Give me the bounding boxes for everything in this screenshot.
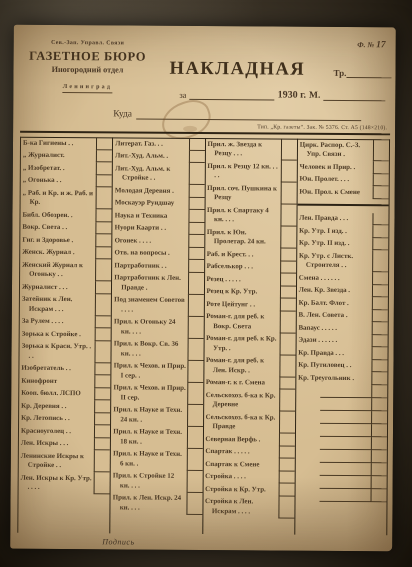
publication-name: Кр. Летопись . .	[19, 412, 94, 425]
tally-cell	[280, 299, 296, 312]
org-department: Сев.-Зап. Управл. Связи	[28, 40, 148, 48]
table-row: Цирк. Распор. С.-З. Упр. Связи .	[298, 139, 389, 162]
publication-name: Кр. Утр. I изд. .	[297, 225, 372, 238]
publication-name: „ Изобретат. .	[21, 162, 96, 175]
table-row: Роман-г. для реб. к Кр. Утр. .	[204, 333, 295, 356]
blank-line	[320, 423, 371, 436]
tally-cell	[280, 261, 296, 274]
publication-name: Прил. к Спартаку 4 кн. . . .	[205, 204, 280, 227]
publication-name: Затейник к Лен. Искрам . . .	[20, 293, 95, 316]
table-row: Кр. Балт. Флот .	[297, 297, 388, 310]
table-column: Цирк. Распор. С.-З. Упр. Связи .Человек …	[295, 139, 390, 536]
tr-blank-line	[346, 68, 391, 78]
publication-name: Человек и Прир. .	[298, 161, 373, 174]
tally-cell	[96, 187, 112, 209]
publication-name: Вапаус . . . . .	[296, 322, 371, 335]
publication-name: Лен. Искры . . .	[19, 437, 94, 450]
tally-cell	[278, 484, 294, 497]
tally-cell	[371, 360, 387, 373]
table-row: Кр. Утр. I изд. .	[297, 225, 388, 238]
m-label: М.	[309, 91, 320, 101]
tally-cell	[372, 347, 388, 360]
table-row: Стройка к Лен. Искрам . . . .	[203, 496, 294, 519]
publication-name: Зорька к Красн. Утр. . . .	[19, 340, 94, 363]
publication-name: Кооп. бюлл. ЛСПО	[19, 387, 94, 400]
table-row: Прил. к Огоньку 24 кн. . . .	[112, 316, 203, 339]
tally-cell	[280, 274, 296, 287]
table-row: Кооп. бюлл. ЛСПО	[19, 387, 110, 400]
document-paper: Сев.-Зап. Управл. Связи ГАЗЕТНОЕ БЮРО Ин…	[10, 25, 396, 552]
table-row: Ленинские Искры к Стройке . .	[19, 450, 110, 473]
table-row: За Рулем . . . .	[20, 315, 111, 328]
tally-cell	[371, 463, 387, 476]
table-row: Зорька к Стройке .	[20, 328, 111, 341]
tally-cell	[96, 175, 112, 188]
table-row: Вокр. Света . .	[20, 221, 111, 234]
tally-cell	[371, 489, 387, 502]
table-row: Огонек . . . .	[113, 234, 204, 247]
blank-line	[320, 436, 371, 449]
m-blank-line	[323, 91, 385, 101]
tally-cell	[279, 311, 295, 333]
tally-cell	[188, 260, 204, 273]
tally-cell	[371, 372, 387, 385]
tally-cell	[95, 281, 111, 294]
publication-name: Цирк. Распор. С.-З. Упр. Связи .	[298, 139, 373, 162]
tally-cell	[188, 222, 204, 235]
table-row: Нуори Каарти . .	[113, 222, 204, 235]
table-row: „ Журналист.	[21, 149, 112, 162]
printing-house-info: Тип. „Кр. газеты“. Зак. № 5376. Ст. А5 (…	[257, 124, 387, 131]
table-row: Спартак к Смене	[203, 458, 294, 471]
blank-row	[296, 410, 387, 424]
publication-name: Огонек . . . .	[113, 234, 188, 247]
tally-cell	[371, 476, 387, 489]
tally-cell	[187, 404, 203, 426]
blank-row	[296, 384, 387, 398]
tally-cell	[94, 400, 110, 413]
blank-line	[319, 488, 370, 501]
publication-name: Прил. к Чехов. и Прир. II сер.	[111, 382, 186, 405]
publication-name: Ленинские Искры к Стройке . .	[19, 450, 94, 473]
tally-cell	[280, 161, 296, 183]
table-row: Кр. Правда . . .	[296, 347, 387, 360]
publication-name: Кр. Деревня . .	[19, 400, 94, 413]
publication-name: Кр. Треугольник .	[296, 372, 371, 385]
publication-name: Библ. Обозрен. .	[20, 209, 95, 222]
table-row: Лит.-Худ. Альм. к Стройке . .	[113, 162, 204, 185]
table-column: Литерат. Газ. . .Лит.-Худ. Альм. .Лит.-Х…	[111, 137, 206, 534]
tally-cell	[95, 375, 111, 388]
publications-table: Б-ка Гигиены . .„ Журналист.„ Изобретат.…	[17, 137, 390, 536]
table-row: Сельскохоз. б-ка к Кр. Правде	[203, 411, 294, 434]
publication-name: В. Лен. Совета .	[297, 309, 372, 322]
table-column: Прил. ж. Звезда к Резцу . . .Прил. к Рез…	[203, 138, 298, 535]
table-row: Зорька к Красн. Утр. . . .	[19, 340, 110, 363]
table-row: Прил. к Чехов. и Прир. I сер. .	[112, 360, 203, 383]
publication-name: Прил. к Науке и Техн. 18 кн. .	[111, 426, 186, 449]
table-row: Библ. Обозрен. .	[20, 209, 111, 222]
tally-cell	[372, 297, 388, 310]
blank-row	[295, 475, 386, 489]
publication-name: За Рулем . . . .	[20, 315, 95, 328]
publication-name: Прил. к Стройке 12 кн. . . .	[111, 470, 186, 493]
table-row: Женск. Журнал .	[20, 246, 111, 259]
table-row: Человек и Прир. .	[298, 161, 389, 174]
table-row: Прил. к Спартаку 4 кн. . . .	[205, 204, 296, 227]
blank-row	[296, 449, 387, 463]
tally-cell	[188, 150, 204, 163]
tally-cell	[95, 316, 111, 329]
tally-cell	[373, 139, 389, 161]
blank-row	[295, 462, 386, 476]
tally-cell	[94, 413, 110, 426]
table-row: Кр. Деревня . .	[19, 400, 110, 413]
table-row: Прил. к Науке и Техн. 24 кн. .	[111, 404, 202, 427]
table-row: Кр. Утр. II изд. .	[297, 237, 388, 250]
table-row: Прил. к Чехов. и Прир. II сер.	[111, 382, 202, 405]
publication-name: Лен. Правда . . .	[297, 212, 372, 225]
publication-name: Гиг. и Здоровье .	[20, 234, 95, 247]
table-row: Красноуголец . .	[19, 425, 110, 438]
table-row: Затейник к Лен. Искрам . . .	[20, 293, 111, 316]
publication-name: Лит.-Худ. Альм. к Стройке . .	[113, 162, 188, 185]
table-row: Литерат. Газ. . .	[113, 137, 204, 150]
tally-cell	[95, 294, 111, 316]
publication-name: Партработник к Лен. Правде .	[112, 272, 187, 295]
tally-cell	[372, 322, 388, 335]
table-row: Прил. к Лен. Искр. 24 кн. . . .	[111, 492, 202, 515]
publication-name: Лен. Кр. Звезда .	[297, 284, 372, 297]
publication-name: Резец . . . . .	[205, 273, 280, 286]
publication-name: Роман-г. для реб. к Вокр. Света	[204, 311, 279, 334]
tally-cell	[188, 210, 204, 223]
table-row: Роман-г. для реб. к Вокр. Света	[204, 311, 295, 334]
publication-name: Лит.-Худ. Альм. .	[113, 150, 188, 163]
publication-name: Б-ка Гигиены . .	[21, 137, 96, 150]
tally-cell	[94, 388, 110, 401]
tally-cell	[280, 205, 296, 227]
tally-cell	[373, 186, 389, 199]
tally-cell	[280, 286, 296, 299]
form-number-value: 17	[376, 40, 386, 50]
publication-name: Под знаменем Советов . . . .	[112, 294, 187, 317]
tally-cell	[94, 450, 110, 472]
publication-name: „ Огонька . .	[21, 174, 96, 187]
table-row: Роман-г. для реб. к Лен. Искр. .	[204, 355, 295, 378]
tally-cell	[95, 247, 111, 260]
tally-cell	[279, 390, 295, 412]
table-row: Молодая Деревня .	[113, 184, 204, 197]
publication-name: Стройка . . . .	[203, 471, 278, 484]
publication-name: Прил. к Науке и Техн. 24 кн. .	[111, 404, 186, 427]
table-row: Партработник . .	[112, 259, 203, 272]
publication-name: Раб. и Крест. . .	[205, 248, 280, 261]
publication-name: Кр. Утр. II изд. .	[297, 237, 372, 250]
table-row: Гиг. и Здоровье .	[20, 234, 111, 247]
tally-cell	[279, 377, 295, 390]
table-row: „ Огонька . .	[21, 174, 112, 187]
tally-cell	[186, 426, 202, 448]
publication-name: Резец к Кр. Утр.	[204, 286, 279, 299]
table-row: Прил. к Науке и Техн. 6 кн. .	[111, 448, 202, 471]
blank-line	[319, 475, 370, 488]
tally-cell	[372, 213, 388, 226]
section-divider	[297, 203, 388, 208]
table-row: Стройка к Кр. Утр.	[203, 483, 294, 496]
tally-cell	[188, 138, 204, 151]
table-row: Женский Журнал к Огоньку . .	[20, 259, 111, 282]
publication-name: Роман-г. для реб. к Лен. Искр. .	[204, 355, 279, 378]
tally-cell	[372, 225, 388, 238]
tally-cell	[187, 382, 203, 404]
tally-cell	[188, 235, 204, 248]
table-row: Москауэр Рундшау	[113, 197, 204, 210]
table-row: Раб. и Крест. . .	[205, 248, 296, 261]
date-field: за 1930 г. М.	[179, 89, 385, 101]
publication-name: Кр. Балт. Флот .	[297, 297, 372, 310]
publication-name: Прил. ж. Звезда к Резцу . . .	[205, 138, 280, 161]
tally-cell	[188, 163, 204, 185]
tally-cell	[373, 174, 389, 187]
publication-name: Прил. к Лен. Искр. 24 кн. . . .	[111, 492, 186, 515]
publication-name: Молодая Деревня .	[113, 184, 188, 197]
form-number: Ф. № 17	[357, 40, 385, 50]
table-row: Отв. на вопросы .	[112, 247, 203, 260]
org-block: Сев.-Зап. Управл. Связи ГАЗЕТНОЕ БЮРО Ин…	[27, 40, 147, 94]
publication-name: Сельскохоз. б-ка к Кр. Деревне	[204, 389, 279, 412]
tally-cell	[371, 385, 387, 398]
za-label: за	[179, 90, 186, 100]
publication-name: Кинофронт	[19, 375, 94, 388]
tally-cell	[372, 250, 388, 272]
tally-cell	[371, 437, 387, 450]
tally-cell	[186, 492, 202, 514]
publication-name: Прил. к Науке и Техн. 6 кн. .	[111, 448, 186, 471]
table-row: Роман-г. к г. Смена	[204, 377, 295, 390]
tally-cell	[187, 316, 203, 338]
tally-cell	[95, 363, 111, 376]
table-row: Смена . . . . . .	[297, 272, 388, 285]
tally-cell	[94, 438, 110, 451]
form-number-label: Ф. №	[357, 40, 374, 49]
publication-name: Кр. Правда . . .	[296, 347, 371, 360]
table-row: Кр. Утр. с Листк. Строителя . .	[297, 250, 388, 273]
tally-cell	[371, 424, 387, 437]
publication-name: Женский Журнал к Огоньку . .	[20, 259, 95, 282]
tally-cell	[372, 238, 388, 251]
tally-cell	[280, 183, 296, 205]
table-row: Лит.-Худ. Альм. .	[113, 150, 204, 163]
table-row: Прил. к Вокр. Св. 36 кн. . . .	[112, 338, 203, 361]
blank-line	[320, 397, 371, 410]
tally-cell	[95, 328, 111, 341]
table-row: Резец . . . . .	[205, 273, 296, 286]
tally-cell	[96, 162, 112, 175]
publication-name: Роте Цейтунг . .	[204, 298, 279, 311]
tally-cell	[280, 249, 296, 262]
table-row: Северная Верфь .	[203, 433, 294, 446]
tally-cell	[372, 335, 388, 348]
publication-name: Вокр. Света . .	[20, 221, 95, 234]
table-row: Партработник к Лен. Правде .	[112, 272, 203, 295]
table-row: Резец к Кр. Утр.	[204, 286, 295, 299]
blank-line	[320, 410, 371, 423]
publication-name: Рабселькор . . .	[205, 261, 280, 274]
publication-name: Наука и Техника	[113, 209, 188, 222]
table-row: Стройка . . . .	[203, 471, 294, 484]
tally-cell	[279, 412, 295, 434]
publication-name: Литерат. Газ. . .	[113, 137, 188, 150]
table-row: Прил. к Юн. Пролетар. 24 кн.	[205, 226, 296, 249]
publication-name: Северная Верфь .	[203, 433, 278, 446]
publication-name: Спартак . . . . .	[203, 446, 278, 459]
publication-name: Отв. на вопросы .	[112, 247, 187, 260]
publication-name: Прил. соч. Пушкина к Резцу	[205, 182, 280, 205]
table-row: „ Изобретат. .	[21, 162, 112, 175]
publication-name: Женск. Журнал .	[20, 246, 95, 259]
publication-name: Зорька к Стройке .	[20, 328, 95, 341]
table-row: Кр. Треугольник .	[296, 372, 387, 385]
publication-name: „ Журналист.	[21, 149, 96, 162]
blank-line	[320, 449, 371, 462]
table-row: Кр. Путиловец . .	[296, 359, 387, 372]
tally-cell	[278, 471, 294, 484]
publication-name: Прил. к Огоньку 24 кн. . . .	[112, 316, 187, 339]
table-row: Юн. Пролет. . . .	[297, 173, 388, 186]
tally-cell	[187, 360, 203, 382]
tally-cell	[279, 333, 295, 355]
tally-cell	[281, 139, 297, 161]
publication-name: Стройка к Кр. Утр.	[203, 483, 278, 496]
table-row: Прил. соч. Пушкина к Резцу	[205, 182, 296, 205]
tally-cell	[278, 496, 294, 518]
publication-name: Юн. Прол. к Смене	[297, 186, 372, 199]
table-row: Прил. к Стройке 12 кн. . . .	[111, 470, 202, 493]
table-row: Под знаменем Советов . . . .	[112, 294, 203, 317]
publication-name: Прил. к Резцу 12 кн. . . . .	[205, 160, 280, 183]
tally-cell	[96, 137, 112, 150]
date-blank-line	[189, 90, 274, 101]
tally-cell	[186, 470, 202, 492]
publication-name: Партработник . .	[112, 259, 187, 272]
signature-label: Подпись	[102, 537, 134, 546]
publication-name: Кр. Путиловец . .	[296, 359, 371, 372]
tally-cell	[188, 197, 204, 210]
blank-row	[296, 397, 387, 411]
table-row: Юн. Прол. к Смене	[297, 186, 388, 199]
blank-line	[319, 462, 370, 475]
publication-name: Красноуголец . .	[19, 425, 94, 438]
tally-cell	[372, 272, 388, 285]
document-title: НАКЛАДНАЯ	[169, 59, 305, 80]
table-row: Эдази . . . . . .	[296, 334, 387, 347]
tally-cell	[94, 425, 110, 438]
table-column: Б-ка Гигиены . .„ Журналист.„ Изобретат.…	[18, 137, 113, 534]
table-row: Лен. Искры к Кр. Утр. . . . .	[19, 472, 110, 495]
tally-cell	[279, 355, 295, 377]
table-row: Прил. к Науке и Техн. 18 кн. .	[111, 426, 202, 449]
tally-cell	[95, 341, 111, 363]
tally-cell	[186, 448, 202, 470]
table-row: Лен. Искры . . .	[19, 437, 110, 450]
publication-name: Москауэр Рундшау	[113, 197, 188, 210]
publication-name: Лен. Искры к Кр. Утр. . . . .	[19, 472, 94, 495]
tally-cell	[278, 459, 294, 472]
year-label: 1930 г.	[278, 90, 306, 101]
publication-name: Прил. к Юн. Пролетар. 24 кн.	[205, 226, 280, 249]
table-row: Изобретатель . .	[19, 362, 110, 375]
table-row: Кинофронт	[19, 375, 110, 388]
tally-cell	[187, 272, 203, 294]
table-row: Наука и Техника	[113, 209, 204, 222]
kuda-label: Куда	[113, 109, 132, 119]
table-row: Сельскохоз. б-ка к Кр. Деревне	[204, 389, 295, 412]
table-row: Лен. Кр. Звезда .	[297, 284, 388, 297]
table-row: „ Раб. и Кр. и ж. Раб. и Кр.	[21, 187, 112, 210]
tally-cell	[279, 446, 295, 459]
publication-name: Прил. к Вокр. Св. 36 кн. . . .	[112, 338, 187, 361]
publication-name: Нуори Каарти . .	[113, 222, 188, 235]
table-row: В. Лен. Совета .	[297, 309, 388, 322]
tally-cell	[371, 411, 387, 424]
tally-cell	[372, 285, 388, 298]
publication-name: Роман-г. для реб. к Кр. Утр. .	[204, 333, 279, 356]
table-row: Роте Цейтунг . .	[204, 298, 295, 311]
blank-line	[320, 384, 371, 397]
tally-cell	[279, 434, 295, 447]
publication-name: Кр. Утр. с Листк. Строителя . .	[297, 250, 372, 273]
tally-cell	[280, 227, 296, 249]
publication-name: Журналист . . .	[20, 281, 95, 294]
table-row: Вапаус . . . . .	[296, 322, 387, 335]
publication-name: Сельскохоз. б-ка к Кр. Правде	[203, 411, 278, 434]
tally-cell	[188, 247, 204, 260]
tally-cell	[94, 472, 110, 494]
publication-name: Эдази . . . . . .	[296, 334, 371, 347]
tally-cell	[187, 338, 203, 360]
table-row: Б-ка Гигиены . .	[21, 137, 112, 150]
publication-name: Изобретатель . .	[19, 362, 94, 375]
tally-cell	[95, 259, 111, 281]
blank-row	[295, 488, 386, 502]
org-city: Ленинград	[63, 83, 112, 93]
table-row: Лен. Правда . . .	[297, 212, 388, 225]
publication-name: Юн. Пролет. . . .	[297, 173, 372, 186]
publication-name: Спартак к Смене	[203, 458, 278, 471]
table-row: Рабселькор . . .	[205, 261, 296, 274]
tally-cell	[96, 222, 112, 235]
table-row: Прил. ж. Звезда к Резцу . . .	[205, 138, 296, 161]
publication-name: „ Раб. и Кр. и ж. Раб. и Кр.	[21, 187, 96, 210]
table-row: Журналист . . .	[20, 281, 111, 294]
table-row: Кр. Летопись . .	[19, 412, 110, 425]
blank-row	[296, 423, 387, 437]
publication-name: Смена . . . . . .	[297, 272, 372, 285]
tally-cell	[96, 234, 112, 247]
table-row: Прил. к Резцу 12 кн. . . . .	[205, 160, 296, 183]
publication-name: Роман-г. к г. Смена	[204, 377, 279, 390]
destination-field: Куда	[113, 109, 361, 121]
publication-name: Прил. к Чехов. и Прир. I сер. .	[112, 360, 187, 383]
tally-cell	[373, 161, 389, 174]
org-name: ГАЗЕТНОЕ БЮРО	[28, 49, 148, 64]
publication-name: Стройка к Лен. Искрам . . . .	[203, 496, 278, 519]
tr-field: Тр.	[333, 68, 391, 78]
blank-row	[296, 436, 387, 450]
tally-cell	[188, 185, 204, 198]
tally-cell	[372, 310, 388, 323]
